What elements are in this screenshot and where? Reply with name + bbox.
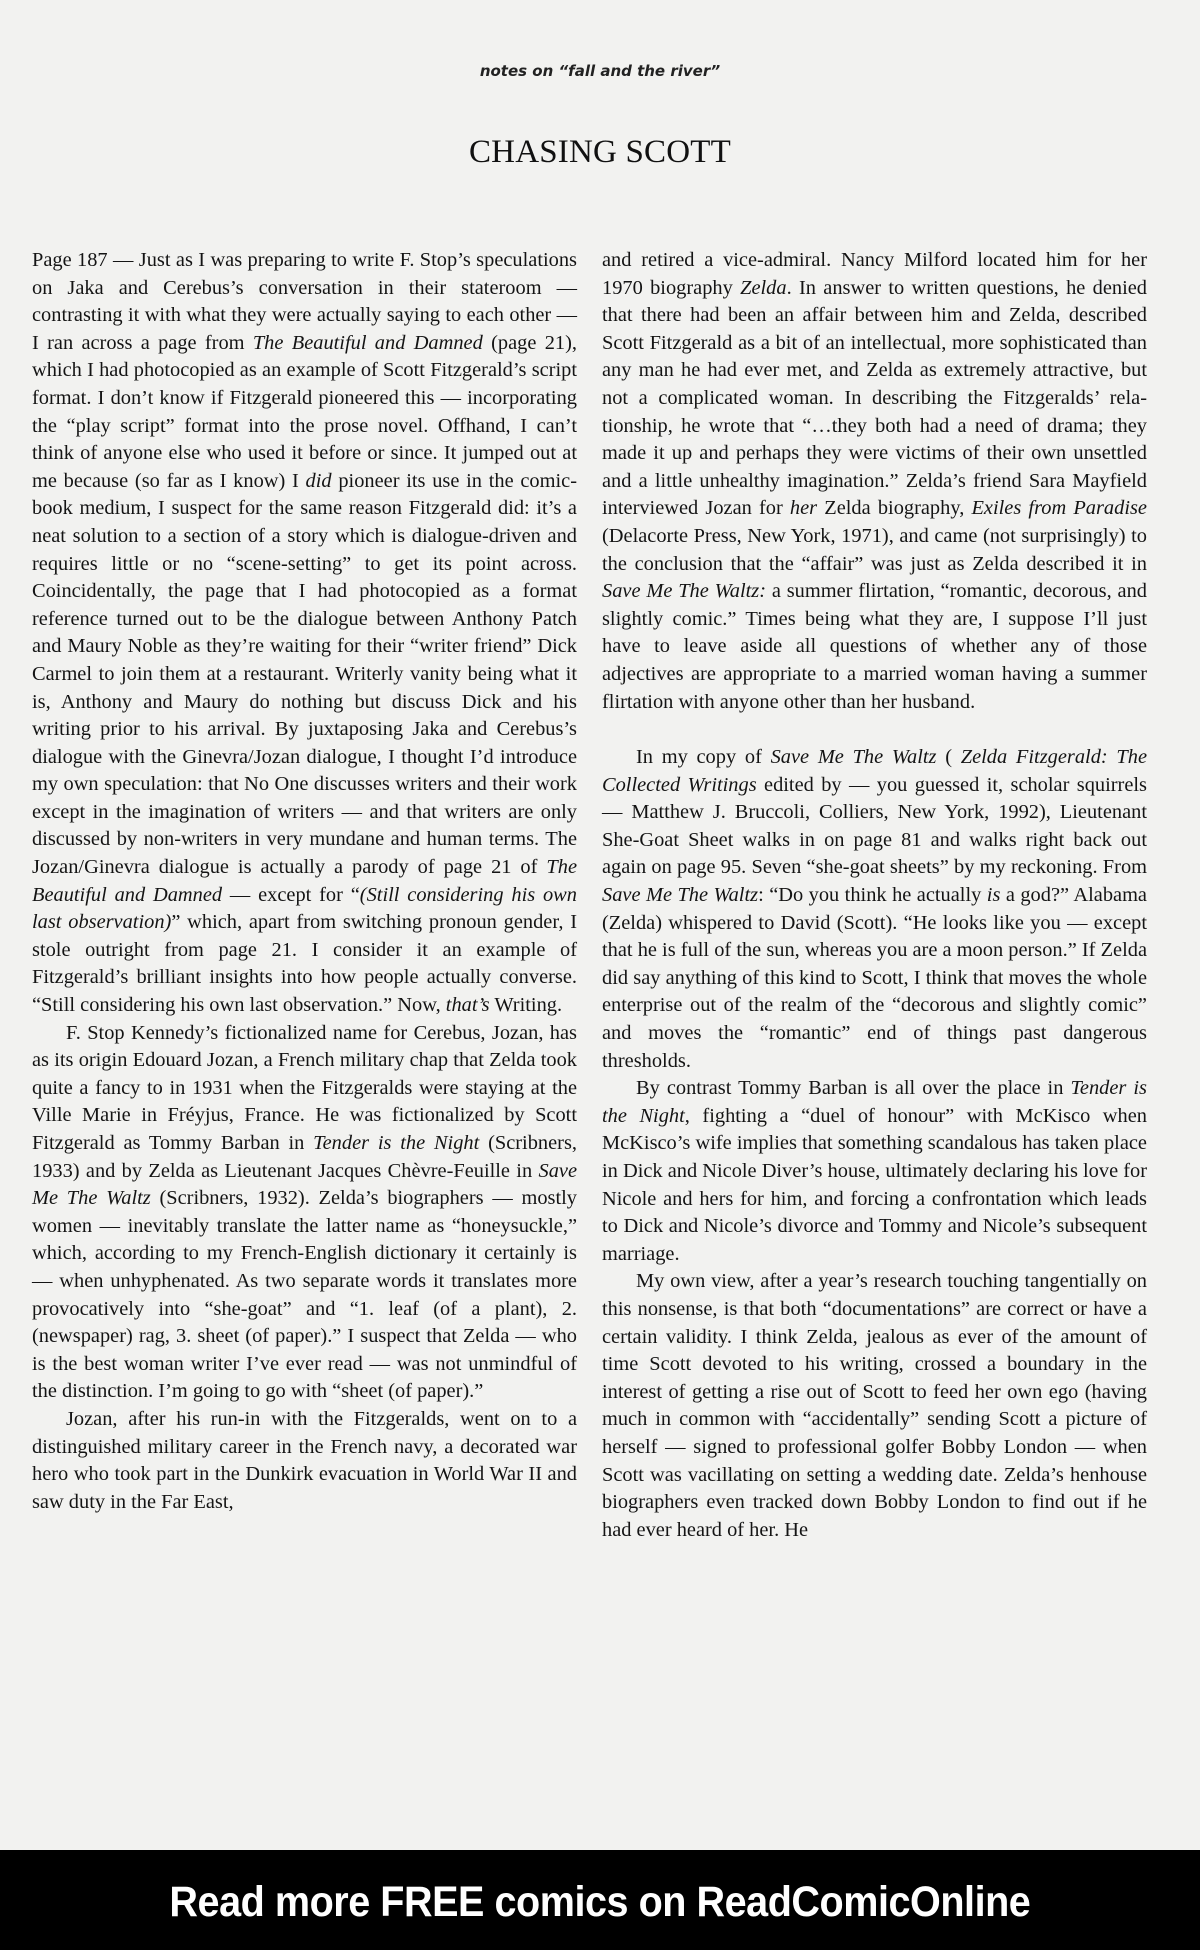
body-paragraph: By contrast Tommy Barban is all over the… bbox=[602, 1075, 1147, 1268]
paragraph-text: In my copy of bbox=[636, 746, 771, 768]
left-column: Page 187 — Just as I was preparing to wr… bbox=[32, 247, 577, 1516]
body-paragraph: F. Stop Kennedy’s fictionalized name for… bbox=[32, 1020, 577, 1406]
right-column: and retired a vice-admiral. Nancy Milfor… bbox=[602, 247, 1147, 1544]
body-paragraph: Page 187 — Just as I was preparing to wr… bbox=[32, 247, 577, 1020]
italic-title-text: is bbox=[987, 884, 1001, 906]
paragraph-text: , fighting a “duel of honour” with McKis… bbox=[602, 1105, 1147, 1265]
promo-banner-text[interactable]: Read more FREE comics on ReadComicOnline bbox=[170, 1878, 1031, 1927]
italic-title-text: her bbox=[790, 497, 817, 519]
body-paragraph: In my copy of Save Me The Waltz ( Zelda … bbox=[602, 744, 1147, 1075]
paragraph-text: (Scribners, 1932). Zelda’s biogra­phers … bbox=[32, 1187, 577, 1402]
body-paragraph: Jozan, after his run-in with the Fitzger… bbox=[32, 1406, 577, 1516]
paragraph-text: a god?” Alabama (Zelda) whispered to Dav… bbox=[602, 884, 1147, 1072]
body-paragraph: and retired a vice-admiral. Nancy Milfor… bbox=[602, 247, 1147, 716]
paragraph-text: pioneer its use in the comic-book medium… bbox=[32, 470, 577, 878]
italic-title-text: Save Me The Waltz bbox=[771, 746, 937, 768]
running-head: notes on “fall and the river” bbox=[0, 62, 1200, 80]
italic-title-text: Tender is the Night bbox=[313, 1132, 479, 1154]
paragraph-text: (Delacorte Press, New York, 1971), and c… bbox=[602, 525, 1147, 575]
italic-title-text: Save Me The Waltz: bbox=[602, 580, 766, 602]
italic-title-text: that’s bbox=[446, 994, 490, 1016]
paragraph-text: — except for “ bbox=[222, 884, 360, 906]
italic-title-text: Save Me The Waltz bbox=[602, 884, 758, 906]
italic-title-text: Exiles from Paradise bbox=[971, 497, 1147, 519]
paragraph-text: Jozan, after his run-in with the Fitzger… bbox=[32, 1408, 577, 1513]
paragraph-text: My own view, after a year’s research tou… bbox=[602, 1270, 1147, 1540]
page-title: CHASING SCOTT bbox=[0, 134, 1200, 171]
paragraph-text: By contrast Tommy Barban is all over the… bbox=[636, 1077, 1070, 1099]
italic-title-text: The Beautiful and Damned bbox=[253, 332, 483, 354]
paragraph-text: ( bbox=[936, 746, 960, 768]
italic-title-text: did bbox=[306, 470, 332, 492]
body-paragraph: My own view, after a year’s research tou… bbox=[602, 1268, 1147, 1544]
paragraph-text: Writing. bbox=[490, 994, 562, 1016]
document-page: notes on “fall and the river” CHASING SC… bbox=[0, 0, 1200, 1850]
paragraph-text: . In answer to written questions, he den… bbox=[602, 277, 1147, 520]
italic-title-text: Zelda bbox=[740, 277, 786, 299]
promo-banner[interactable]: Read more FREE comics on ReadComicOnline bbox=[0, 1850, 1200, 1950]
paragraph-text: : “Do you think he actually bbox=[758, 884, 987, 906]
paragraph-text: (page 21), which I had photocop­ied as a… bbox=[32, 332, 577, 492]
paragraph-text: Zelda biography, bbox=[817, 497, 971, 519]
